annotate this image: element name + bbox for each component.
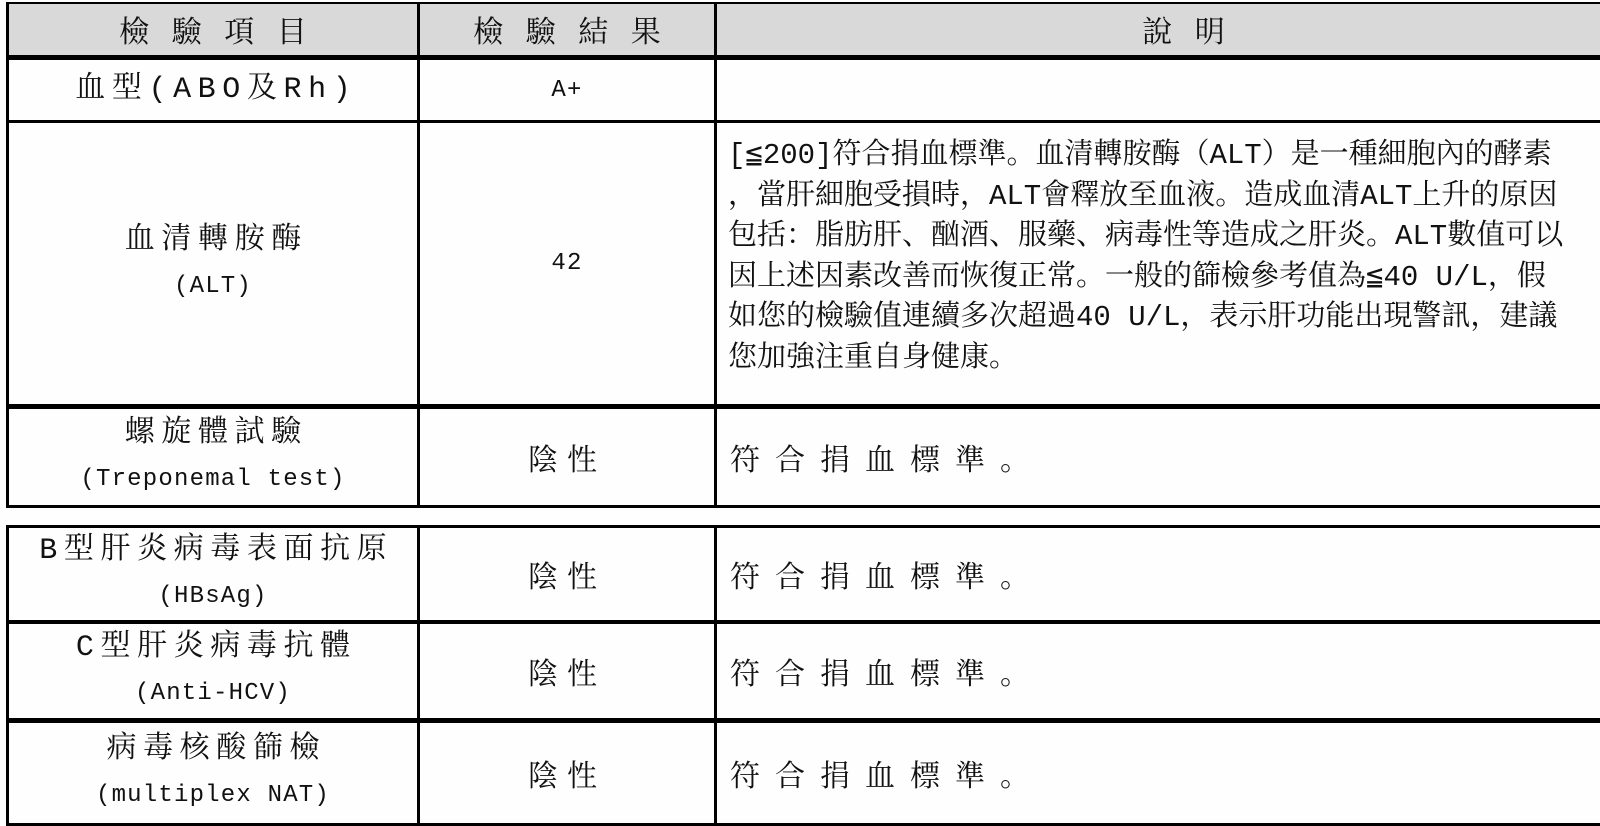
result-cell: 陰性 [419, 622, 716, 721]
result-cell: 42 [419, 122, 716, 407]
result-cell: 陰性 [419, 527, 716, 623]
result-cell: A+ [419, 58, 716, 122]
result-cell: 陰性 [419, 721, 716, 801]
column-header-test-item: 檢驗項目 [8, 3, 419, 58]
column-header-note: 說明 [716, 3, 1600, 58]
note-cell [716, 58, 1600, 122]
item-name: 血型(ABO及Rh) [9, 67, 417, 113]
table-row-alt: 血清轉胺酶 (ALT) 42 [≦200]符合捐血標準。血清轉胺酶（ALT）是一… [8, 122, 1600, 407]
result-value: 陰性 [528, 762, 606, 796]
table-row-blood-type: 血型(ABO及Rh) A+ [8, 58, 1600, 122]
result-value: 42 [551, 250, 582, 277]
table-header-row: 檢驗項目 檢驗結果 說明 [8, 3, 1600, 58]
result-value: 陰性 [528, 563, 606, 597]
report-sheet: 檢驗項目 檢驗結果 說明 血型(ABO及Rh) A+ 血清轉胺酶 (ALT) 4… [6, 2, 1600, 800]
item-name: 血清轉胺酶 [9, 218, 417, 264]
table-row-anti-hcv: C型肝炎病毒抗體 (Anti-HCV) 陰性 符合捐血標準。 [8, 622, 1600, 721]
result-value: A+ [551, 77, 582, 104]
item-name: 螺旋體試驗 [9, 411, 417, 457]
note-cell: 符合捐血標準。 [716, 407, 1600, 507]
table-row-treponemal: 螺旋體試驗 (Treponemal test) 陰性 符合捐血標準。 [8, 407, 1600, 507]
item-cell: 血清轉胺酶 (ALT) [8, 122, 419, 407]
item-cell: C型肝炎病毒抗體 (Anti-HCV) [8, 622, 419, 721]
item-name: C型肝炎病毒抗體 [9, 625, 417, 671]
result-value: 陰性 [528, 660, 606, 694]
column-header-test-result: 檢驗結果 [419, 3, 716, 58]
item-name: 病毒核酸篩檢 [9, 727, 417, 773]
test-results-table-lower: B型肝炎病毒表面抗原 (HBsAg) 陰性 符合捐血標準。 C型肝炎病毒抗體 (… [6, 525, 1600, 800]
item-name-sub: (multiplex NAT) [9, 773, 417, 800]
note-cell: 符合捐血標準。 [716, 527, 1600, 623]
item-cell: 螺旋體試驗 (Treponemal test) [8, 407, 419, 507]
note-cell: 符合捐血標準。 [716, 622, 1600, 721]
item-cell: B型肝炎病毒表面抗原 (HBsAg) [8, 527, 419, 623]
note-cell: 符合捐血標準。 [716, 721, 1600, 801]
item-name-sub: (Anti-HCV) [9, 671, 417, 717]
item-name: B型肝炎病毒表面抗原 [9, 528, 417, 574]
result-cell: 陰性 [419, 407, 716, 507]
test-results-table-upper: 檢驗項目 檢驗結果 說明 血型(ABO及Rh) A+ 血清轉胺酶 (ALT) 4… [6, 2, 1600, 508]
table-row-multiplex-nat: 病毒核酸篩檢 (multiplex NAT) 陰性 符合捐血標準。 [8, 721, 1600, 801]
note-cell: [≦200]符合捐血標準。血清轉胺酶（ALT）是一種細胞內的酵素 ，當肝細胞受損… [716, 122, 1600, 407]
item-cell: 血型(ABO及Rh) [8, 58, 419, 122]
item-cell: 病毒核酸篩檢 (multiplex NAT) [8, 721, 419, 801]
item-name-sub: (ALT) [9, 264, 417, 310]
item-name-sub: (HBsAg) [9, 574, 417, 620]
table-row-hbsag: B型肝炎病毒表面抗原 (HBsAg) 陰性 符合捐血標準。 [8, 527, 1600, 623]
item-name-sub: (Treponemal test) [9, 457, 417, 503]
result-value: 陰性 [528, 446, 606, 480]
